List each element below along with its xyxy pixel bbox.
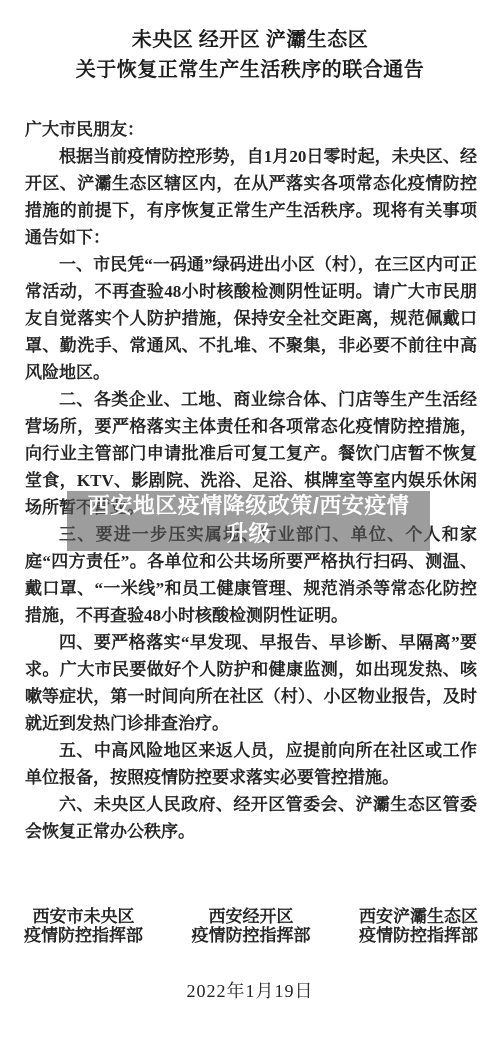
caption-overlay-text: 西安地区疫情降级政策/西安疫情升级 (88, 493, 410, 546)
signature-chanba-org: 西安浐灞生态区 (359, 908, 478, 927)
notice-paragraph-item6: 六、未央区人民政府、经开区管委会、浐灞生态区管委会恢复正常办公秩序。 (25, 791, 477, 845)
signature-jingkai: 西安经开区 疫情防控指挥部 (192, 908, 311, 945)
notice-body: 广大市民朋友： 根据当前疫情防控形势，自1月20日零时起，未央区、经开区、浐灞生… (25, 116, 477, 845)
salutation: 广大市民朋友： (25, 116, 477, 143)
notice-title: 未央区 经开区 浐灞生态区 关于恢复正常生产生活秩序的联合通告 (0, 25, 500, 85)
notice-paragraph-intro: 根据当前疫情防控形势，自1月20日零时起，未央区、经开区、浐灞生态区辖区内，在从… (25, 143, 477, 251)
signature-jingkai-org: 西安经开区 (192, 908, 311, 927)
signature-row: 西安市未央区 疫情防控指挥部 西安经开区 疫情防控指挥部 西安浐灞生态区 疫情防… (24, 908, 478, 945)
notice-title-line2: 关于恢复正常生产生活秩序的联合通告 (0, 55, 500, 85)
signature-chanba-dept: 疫情防控指挥部 (359, 927, 478, 946)
notice-paragraph-item5: 五、中高风险地区来返人员，应提前向所在社区或工作单位报备，按照疫情防控要求落实必… (25, 737, 477, 791)
notice-paragraph-item1: 一、市民凭“一码通”绿码进出小区（村），在三区内可正常活动，不再查验48小时核酸… (25, 251, 477, 386)
signature-chanba: 西安浐灞生态区 疫情防控指挥部 (359, 908, 478, 945)
signature-weiyang: 西安市未央区 疫情防控指挥部 (24, 908, 143, 945)
notice-paragraph-item4: 四、要严格落实“早发现、早报告、早诊断、早隔离”要求。广大市民要做好个人防护和健… (25, 629, 477, 737)
signature-jingkai-dept: 疫情防控指挥部 (192, 927, 311, 946)
signature-weiyang-org: 西安市未央区 (24, 908, 143, 927)
notice-title-line1: 未央区 经开区 浐灞生态区 (0, 25, 500, 55)
caption-overlay: 西安地区疫情降级政策/西安疫情升级 (67, 491, 430, 551)
notice-date: 2022年1月19日 (0, 977, 500, 1003)
signature-weiyang-dept: 疫情防控指挥部 (24, 927, 143, 946)
